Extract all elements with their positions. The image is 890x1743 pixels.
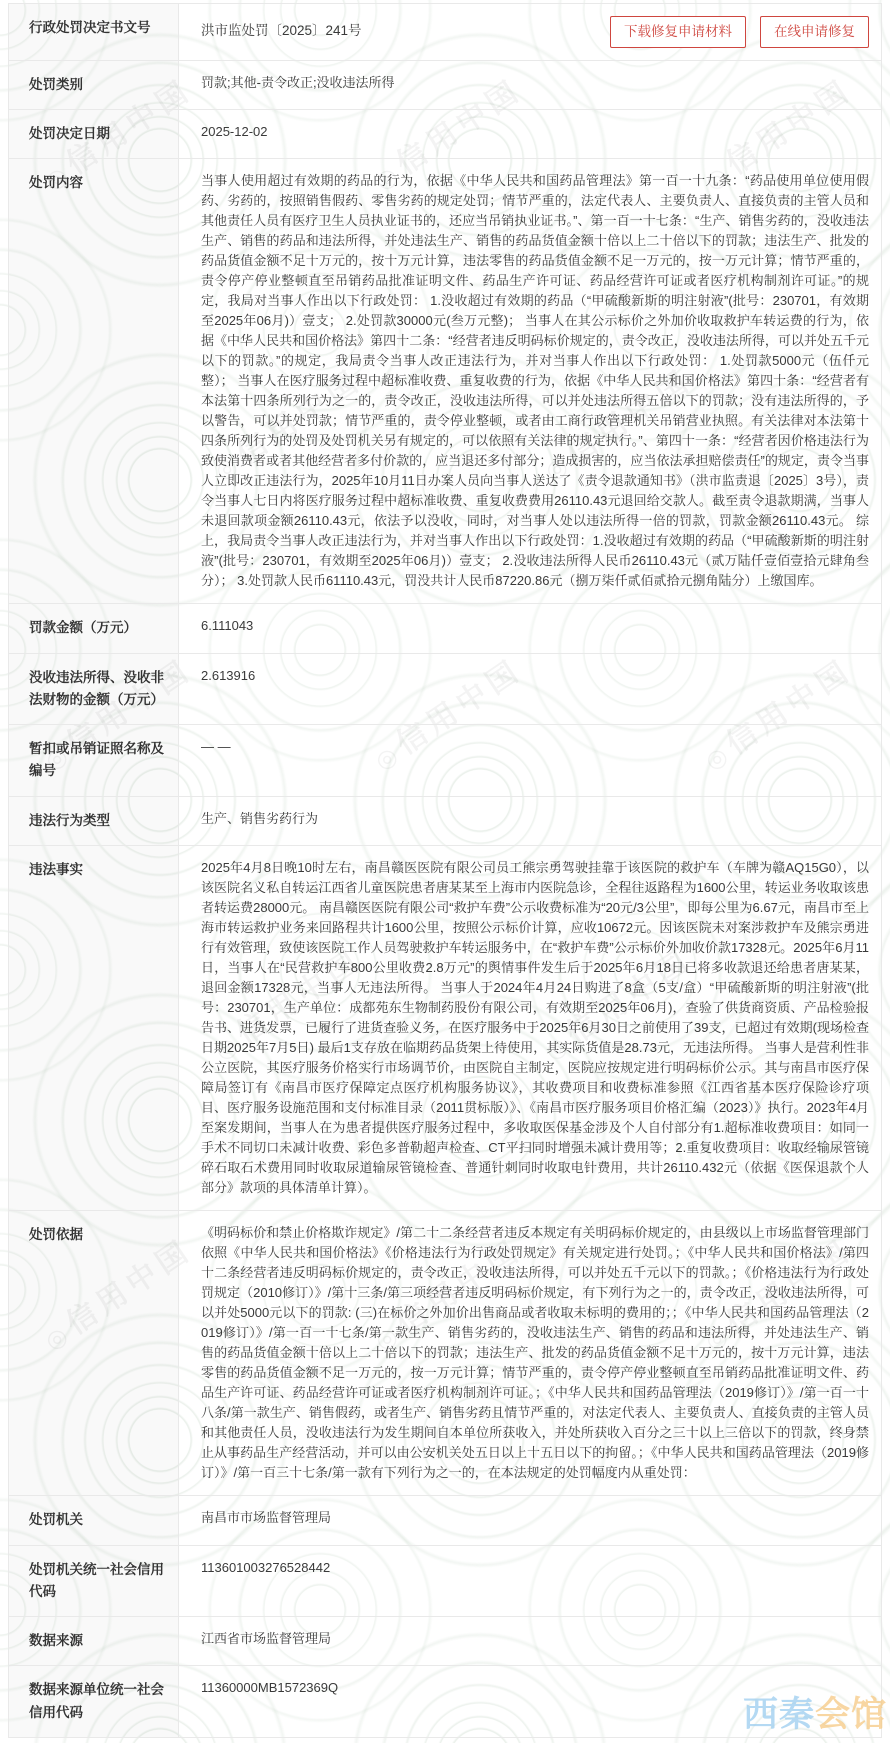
row-label: 数据来源 <box>9 1617 179 1665</box>
table-row: 违法行为类型 生产、销售劣药行为 <box>9 797 881 846</box>
row-label: 数据来源单位统一社会信用代码 <box>9 1666 179 1737</box>
doc-number-cell: 洪市监处罚〔2025〕241号 下载修复申请材料 在线申请修复 <box>179 4 881 60</box>
table-row: 处罚类别 罚款;其他-责令改正;没收违法所得 <box>9 61 881 110</box>
table-row: 暂扣或吊销证照名称及编号 — — <box>9 725 881 797</box>
table-row: 没收违法所得、没收非法财物的金额（万元） 2.613916 <box>9 654 881 726</box>
row-label: 处罚类别 <box>9 61 179 109</box>
row-value: 当事人使用超过有效期的药品的行为，依据《中华人民共和国药品管理法》第一百一十九条… <box>179 159 881 603</box>
table-row: 数据来源单位统一社会信用代码 11360000MB1572369Q <box>9 1666 881 1737</box>
row-value: 2.613916 <box>179 654 881 725</box>
table-row: 违法事实 2025年4月8日晚10时左右，南昌赣医医院有限公司员工熊宗勇驾驶挂靠… <box>9 846 881 1211</box>
row-value: 南昌市市场监督管理局 <box>179 1496 881 1544</box>
row-value: 罚款;其他-责令改正;没收违法所得 <box>179 61 881 109</box>
table-row: 处罚机关 南昌市市场监督管理局 <box>9 1496 881 1545</box>
row-value: 113601003276528442 <box>179 1546 881 1617</box>
row-label: 处罚机关 <box>9 1496 179 1544</box>
row-label: 违法事实 <box>9 846 179 1210</box>
row-label: 处罚内容 <box>9 159 179 603</box>
penalty-table: 行政处罚决定书文号 洪市监处罚〔2025〕241号 下载修复申请材料 在线申请修… <box>8 3 882 1738</box>
table-row: 罚款金额（万元） 6.111043 <box>9 604 881 653</box>
online-repair-apply-button[interactable]: 在线申请修复 <box>760 16 869 48</box>
row-value: 生产、销售劣药行为 <box>179 797 881 845</box>
row-value: 江西省市场监督管理局 <box>179 1617 881 1665</box>
row-value: 11360000MB1572369Q <box>179 1666 881 1737</box>
row-label: 暂扣或吊销证照名称及编号 <box>9 725 179 796</box>
table-row: 处罚机关统一社会信用代码 113601003276528442 <box>9 1546 881 1618</box>
table-rows-container: 处罚类别 罚款;其他-责令改正;没收违法所得 处罚决定日期 2025-12-02… <box>9 61 881 1738</box>
row-value: 6.111043 <box>179 604 881 652</box>
table-row: 处罚内容 当事人使用超过有效期的药品的行为，依据《中华人民共和国药品管理法》第一… <box>9 159 881 604</box>
row-label: 处罚机关统一社会信用代码 <box>9 1546 179 1617</box>
row-label: 违法行为类型 <box>9 797 179 845</box>
penalty-detail-page: ◎信用中国◎信用中国◎信用中国◎信用中国◎信用中国◎信用中国◎信用中国◎信用中国… <box>0 0 890 1743</box>
row-label: 行政处罚决定书文号 <box>9 4 179 60</box>
row-label: 罚款金额（万元） <box>9 604 179 652</box>
row-label: 处罚依据 <box>9 1211 179 1495</box>
row-value: 《明码标价和禁止价格欺诈规定》/第二十二条经营者违反本规定有关明码标价规定的，由… <box>179 1211 881 1495</box>
table-row: 数据来源 江西省市场监督管理局 <box>9 1617 881 1666</box>
table-row-doc-number: 行政处罚决定书文号 洪市监处罚〔2025〕241号 下载修复申请材料 在线申请修… <box>9 4 881 61</box>
repair-button-group: 下载修复申请材料 在线申请修复 <box>610 16 869 48</box>
table-row: 处罚决定日期 2025-12-02 <box>9 110 881 159</box>
row-value: 2025年4月8日晚10时左右，南昌赣医医院有限公司员工熊宗勇驾驶挂靠于该医院的… <box>179 846 881 1210</box>
row-label: 处罚决定日期 <box>9 110 179 158</box>
row-value: — — <box>179 725 881 796</box>
doc-number-value: 洪市监处罚〔2025〕241号 <box>201 21 362 42</box>
row-label: 没收违法所得、没收非法财物的金额（万元） <box>9 654 179 725</box>
table-row: 处罚依据 《明码标价和禁止价格欺诈规定》/第二十二条经营者违反本规定有关明码标价… <box>9 1211 881 1496</box>
download-repair-materials-button[interactable]: 下载修复申请材料 <box>610 16 746 48</box>
row-value: 2025-12-02 <box>179 110 881 158</box>
